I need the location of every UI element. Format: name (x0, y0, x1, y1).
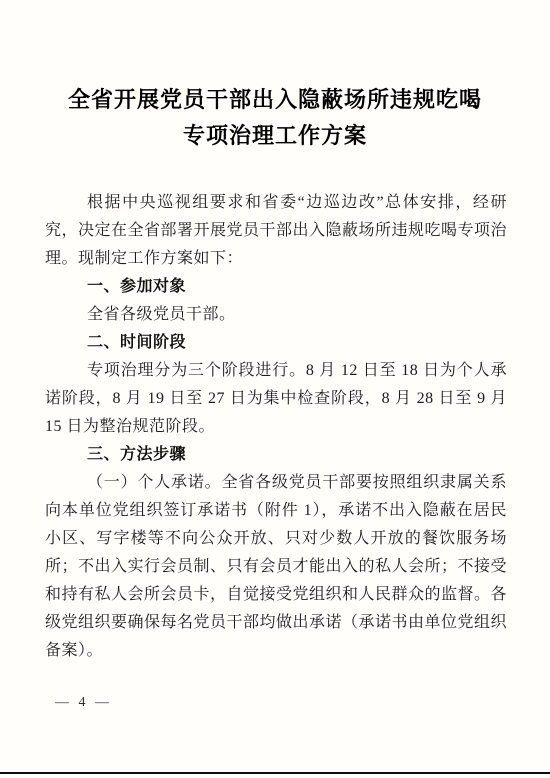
section-heading-time-phases: 二、时间阶段 (45, 329, 507, 357)
document-title-line2: 专项治理工作方案 (0, 118, 550, 154)
page-bottom-edge-line (0, 772, 550, 774)
document-title-line1: 全省开展党员干部出入隐蔽场所违规吃喝 (0, 82, 550, 118)
section-heading-participants: 一、参加对象 (45, 273, 507, 301)
document-page: 全省开展党员干部出入隐蔽场所违规吃喝 专项治理工作方案 根据中央巡视组要求和省委… (0, 0, 550, 778)
page-number: — 4 — (55, 694, 112, 712)
section-heading-method-steps: 三、方法步骤 (45, 441, 507, 469)
paragraph-time-phases: 专项治理分为三个阶段进行。8 月 12 日至 18 日为个人承诺阶段，8 月 1… (45, 357, 507, 441)
document-title: 全省开展党员干部出入隐蔽场所违规吃喝 专项治理工作方案 (0, 82, 550, 154)
paragraph-personal-commitment: （一）个人承诺。全省各级党员干部要按照组织隶属关系向本单位党组织签订承诺书（附件… (45, 469, 507, 665)
document-body: 根据中央巡视组要求和省委“边巡边改”总体安排，经研究，决定在全省部署开展党员干部… (45, 189, 507, 665)
paragraph-intro: 根据中央巡视组要求和省委“边巡边改”总体安排，经研究，决定在全省部署开展党员干部… (45, 189, 507, 273)
paragraph-participants: 全省各级党员干部。 (45, 301, 507, 329)
